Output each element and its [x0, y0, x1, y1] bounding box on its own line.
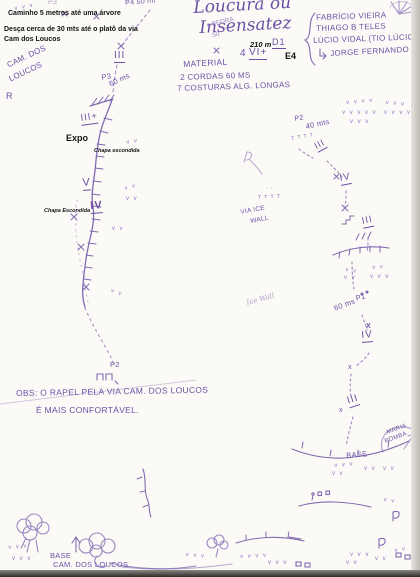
- vegetation-marks: v v: [344, 275, 356, 281]
- grade-e4: E4: [285, 52, 296, 61]
- grade-iv: IV: [90, 200, 103, 214]
- rappel-r-mark: R: [6, 92, 13, 101]
- grade-iv: IV: [361, 330, 373, 343]
- vegetation-marks: v v: [126, 196, 138, 202]
- anchor-x-mark: x: [339, 407, 343, 414]
- vegetation-marks: v v: [112, 226, 124, 232]
- grade-iii-plus: III+: [80, 112, 99, 126]
- material-heading: MATERIAL: [183, 58, 228, 69]
- grade-iii: III: [114, 51, 125, 63]
- scan-edge-bottom: [0, 570, 420, 577]
- vegetation-marks: v v v: [12, 556, 32, 562]
- approach-note-line1: Caminho 5 metros até uma árvore: [8, 10, 121, 17]
- crack-line: [137, 469, 151, 517]
- anchor-x-mark: x: [348, 364, 352, 371]
- rappel-hook-mark: [244, 152, 262, 174]
- vegetation-marks: v v: [346, 560, 358, 566]
- hidden-bolt-label-2: Chapa Escondida: [44, 209, 90, 215]
- vegetation-marks: v v: [364, 466, 376, 472]
- dot-marks: · ·: [266, 185, 273, 192]
- grade-iii: III: [361, 215, 374, 229]
- obs-note-line2: É MAIS CONFORTÁVEL.: [36, 406, 139, 415]
- base-label: BASE: [50, 552, 71, 560]
- scanned-topo-page: Caminho 5 metros até uma árvore Desça ce…: [0, 0, 420, 577]
- vegetation-marks: v v: [375, 556, 387, 562]
- vegetation-marks: v v v: [350, 119, 370, 125]
- expo-label: Expo: [66, 134, 88, 143]
- grade-d1: D1: [272, 38, 286, 49]
- flag-marks: [379, 511, 399, 548]
- approach-note-line2: Desça cerca de 30 mts até o platô da via: [4, 26, 138, 33]
- base-label: BASE: [346, 450, 368, 459]
- vegetation-marks: v v v: [350, 552, 370, 558]
- scan-edge-right: [411, 0, 420, 577]
- pitch-label-p3-top: P3: [48, 0, 57, 6]
- max-grade: VI+: [249, 48, 267, 60]
- grade-iv: IV: [339, 172, 352, 185]
- vegetation-marks: v v: [383, 466, 395, 472]
- belay-p2-symbol: [97, 374, 118, 384]
- pitch-count: 4: [240, 49, 246, 59]
- grade-v: V: [82, 177, 91, 191]
- vegetation-marks: v v v: [268, 560, 288, 566]
- vegetation-marks: v v: [332, 471, 344, 477]
- hidden-bolt-label-1: Chapa escondida: [94, 149, 140, 155]
- approach-note-line3: Cam dos Loucos: [4, 36, 60, 43]
- vegetation-marks: v v v: [370, 274, 390, 280]
- vegetation-marks: v v v v v: [342, 110, 377, 116]
- pitch-label-p2: P2: [110, 361, 120, 369]
- vegetation-marks: v v: [372, 264, 385, 271]
- base-route-name: CAM. DOS LOUCOS: [53, 561, 128, 569]
- vegetation-marks: v v v v: [384, 110, 412, 116]
- right-route-features: [333, 216, 389, 295]
